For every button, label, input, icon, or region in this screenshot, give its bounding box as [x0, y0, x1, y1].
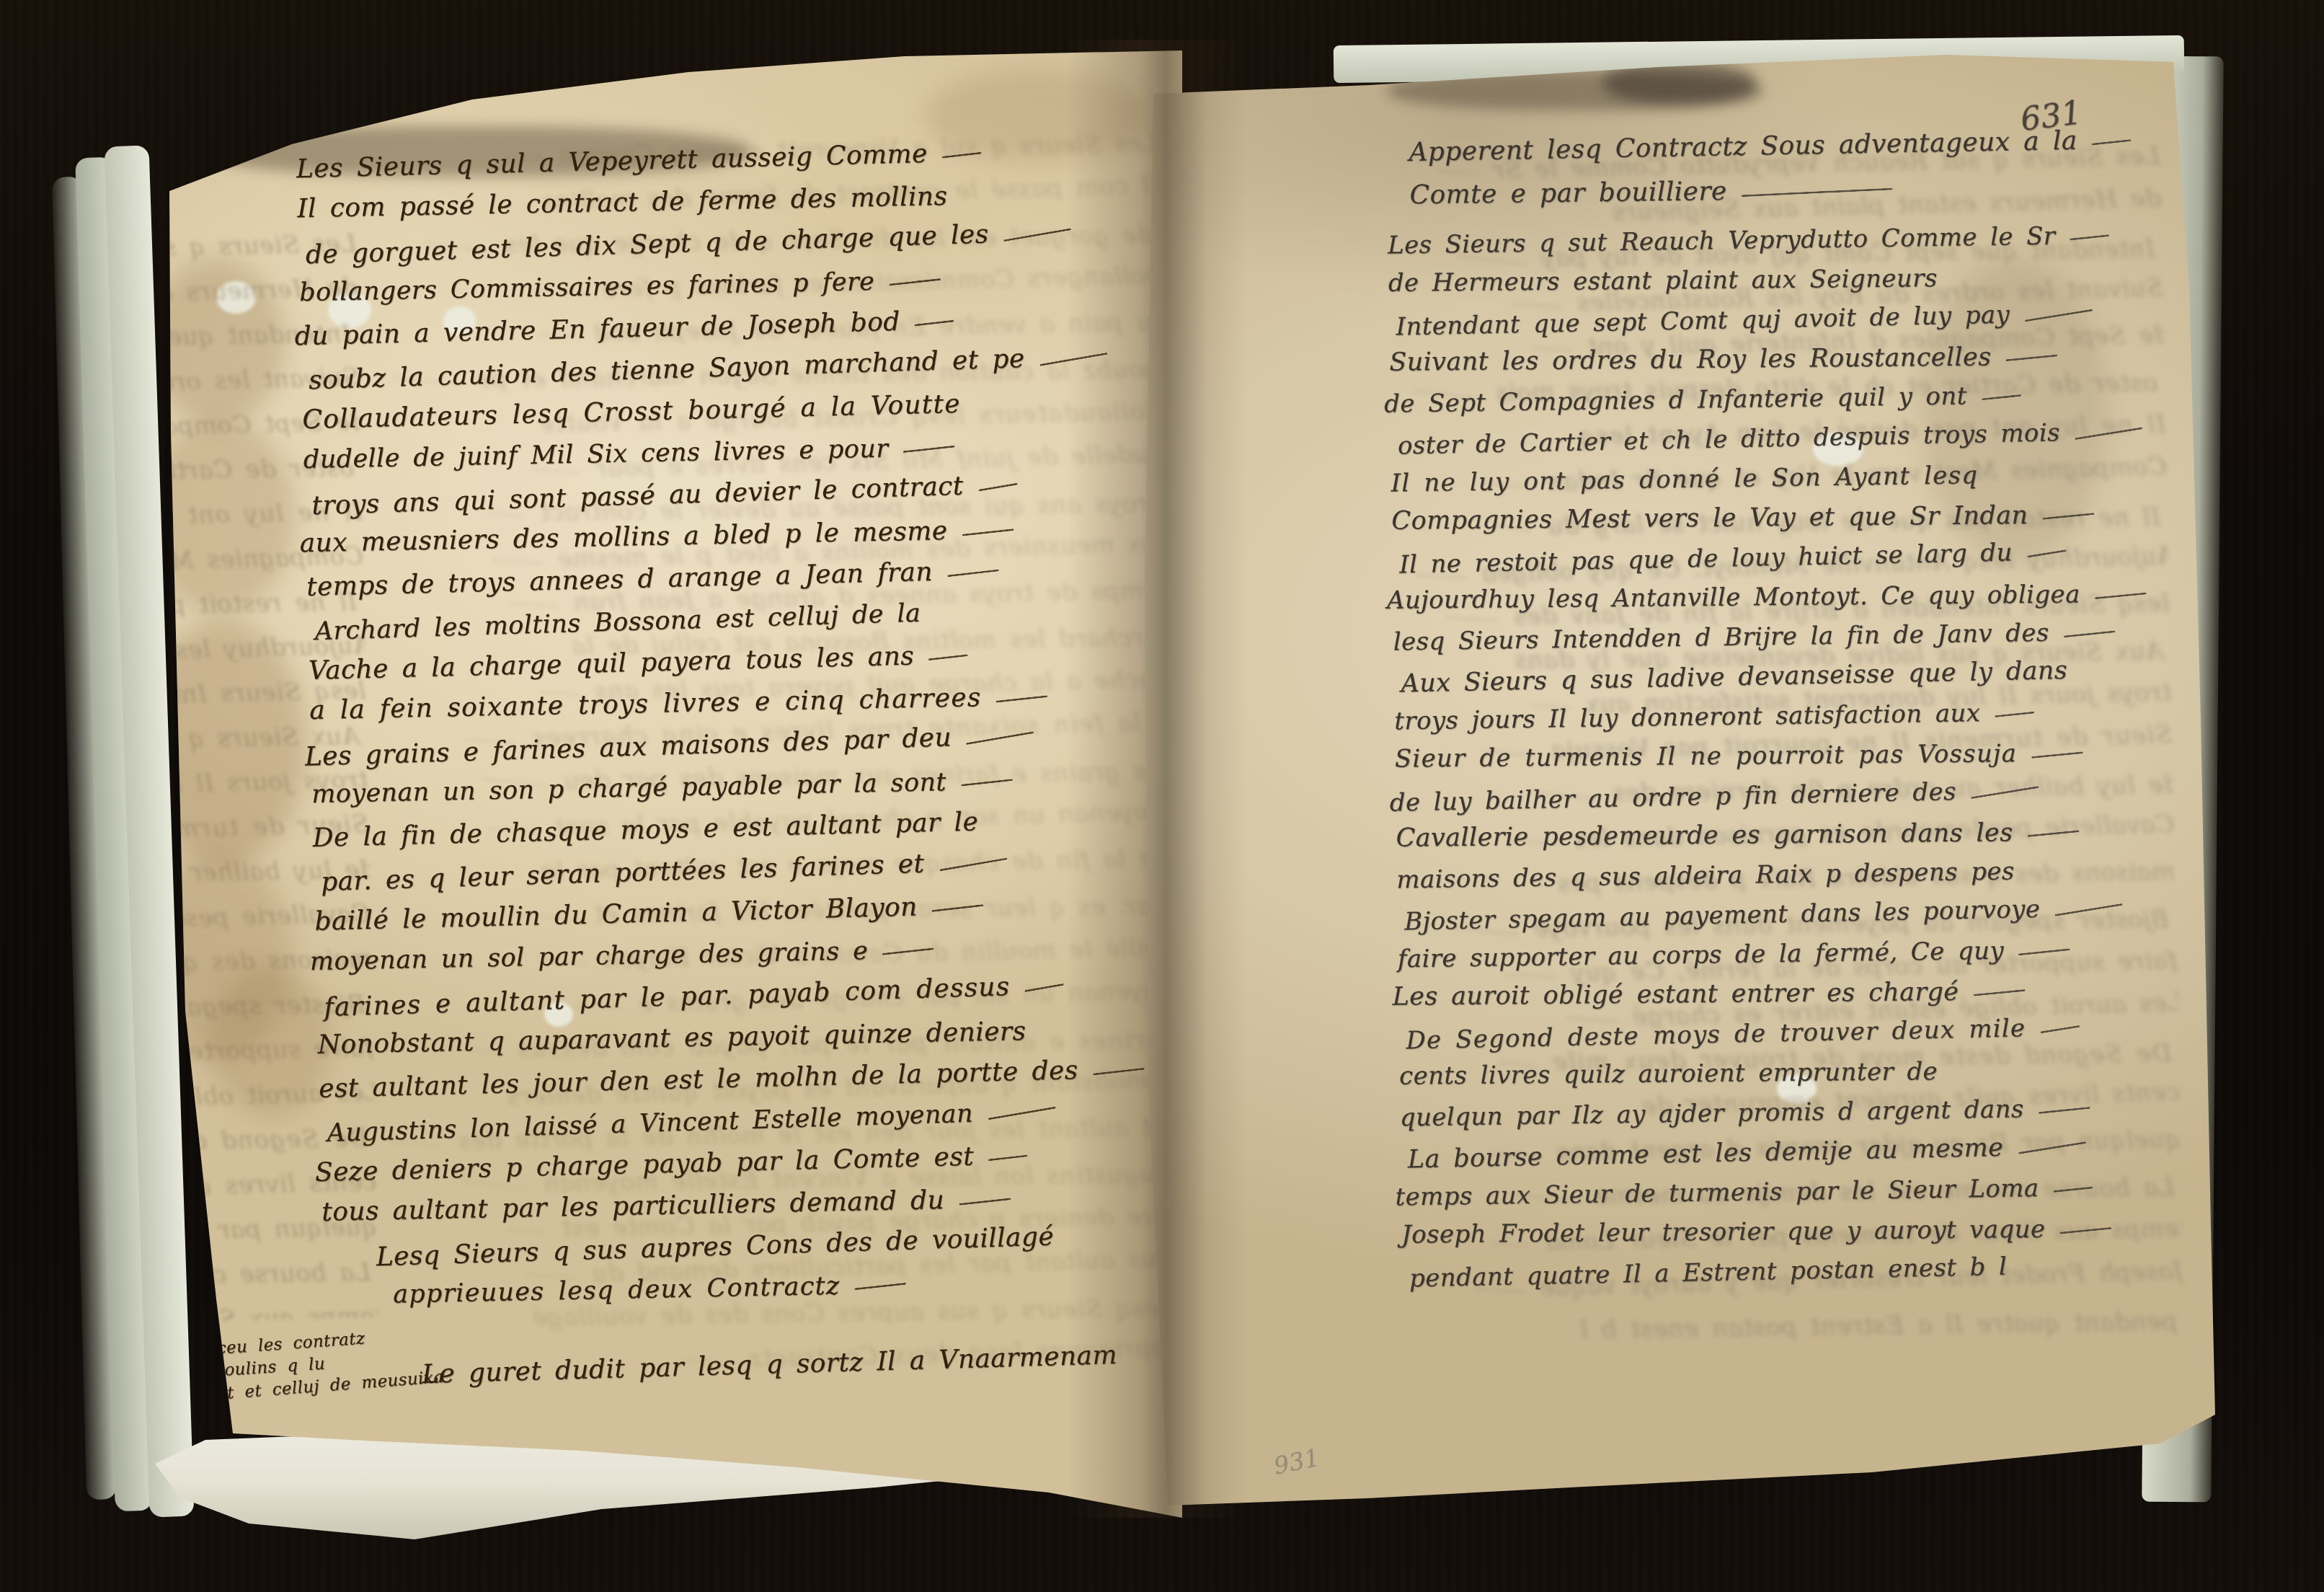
left-page: Les Sieurs q sut Reauch Veprydutto Comme… — [68, 43, 1182, 1536]
manuscript-line: Suivant les ordres du Roy les Roustancel… — [1389, 336, 2153, 382]
manuscript-line: cents livres quilz auroient emprunter de — [1399, 1050, 2163, 1096]
manuscript-line: Comte e par bouilliere — [1409, 164, 2145, 218]
manuscript-photograph: Les Sieurs q sut Reauch Veprydutto Comme… — [0, 0, 2324, 1592]
right-page-text: Les Sieurs q sut Reauch Veprydutto Comme… — [1388, 216, 2167, 1297]
right-page: Les Sieurs q sut Reauch Veprydutto Comme… — [1143, 43, 2220, 1514]
manuscript-line: Cavallerie pesdemeurde es garnison dans … — [1396, 812, 2160, 858]
manuscript-line: Aujourdhuy lesq Antanville Montoyt. Ce q… — [1387, 574, 2157, 620]
folio-number-ink: 631 — [2018, 94, 2084, 138]
left-page-text: Les Sieurs q sul a Vepeyrett ausseig Com… — [296, 128, 1145, 1319]
